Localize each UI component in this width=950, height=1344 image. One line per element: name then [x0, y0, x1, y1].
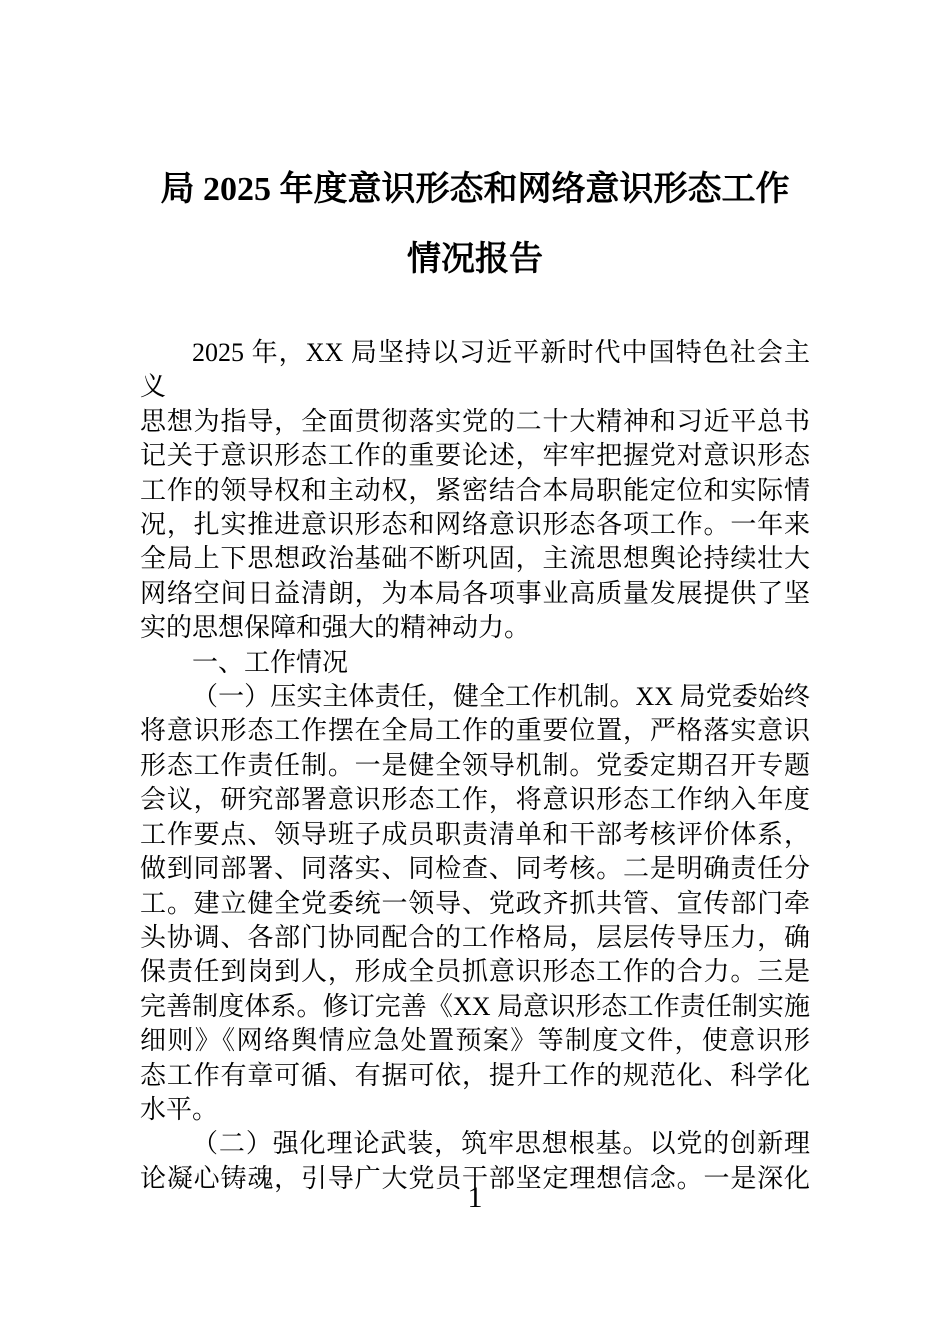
document-title: 局 2025 年度意识形态和网络意识形态工作 情况报告 [140, 155, 810, 295]
body-paragraph: 一、工作情况 [140, 646, 810, 680]
paragraph-line: 头协调、各部门协同配合的工作格局，层层传导压力，确 [140, 921, 810, 955]
paragraph-line: 做到同部署、同落实、同检查、同考核。二是明确责任分 [140, 852, 810, 886]
paragraph-line: 网络空间日益清朗，为本局各项事业高质量发展提供了坚 [140, 577, 810, 611]
paragraph-line: 细则》《网络舆情应急处置预案》等制度文件，使意识形 [140, 1024, 810, 1058]
paragraph-line: 完善制度体系。修订完善《XX 局意识形态工作责任制实施 [140, 990, 810, 1024]
paragraph-line: （一）压实主体责任，健全工作机制。XX 局党委始终 [140, 680, 810, 714]
document-title-line-2: 情况报告 [140, 225, 810, 295]
paragraph-line: （二）强化理论武装，筑牢思想根基。以党的创新理 [140, 1127, 810, 1161]
paragraph-line: 形态工作责任制。一是健全领导机制。党委定期召开专题 [140, 749, 810, 783]
document-title-line-1: 局 2025 年度意识形态和网络意识形态工作 [140, 155, 810, 225]
body-paragraph: （一）压实主体责任，健全工作机制。XX 局党委始终将意识形态工作摆在全局工作的重… [140, 680, 810, 1127]
paragraph-line: 水平。 [140, 1093, 810, 1127]
paragraph-line: 实的思想保障和强大的精神动力。 [140, 611, 810, 645]
paragraph-line: 2025 年，XX 局坚持以习近平新时代中国特色社会主义 [140, 336, 810, 405]
paragraph-line: 记关于意识形态工作的重要论述，牢牢把握党对意识形态 [140, 439, 810, 473]
page-number: 1 [140, 1181, 810, 1215]
paragraph-line: 会议，研究部署意识形态工作，将意识形态工作纳入年度 [140, 783, 810, 817]
paragraph-line: 保责任到岗到人，形成全员抓意识形态工作的合力。三是 [140, 955, 810, 989]
paragraph-line: 思想为指导，全面贯彻落实党的二十大精神和习近平总书 [140, 405, 810, 439]
paragraph-line: 工。建立健全党委统一领导、党政齐抓共管、宣传部门牵 [140, 887, 810, 921]
body-paragraph: 2025 年，XX 局坚持以习近平新时代中国特色社会主义思想为指导，全面贯彻落实… [140, 336, 810, 646]
paragraph-line: 态工作有章可循、有据可依，提升工作的规范化、科学化 [140, 1059, 810, 1093]
paragraph-line: 工作的领导权和主动权，紧密结合本局职能定位和实际情 [140, 474, 810, 508]
document-page: 局 2025 年度意识形态和网络意识形态工作 情况报告 2025 年，XX 局坚… [0, 0, 950, 1344]
paragraph-line: 一、工作情况 [140, 646, 810, 680]
paragraph-line: 全局上下思想政治基础不断巩固，主流思想舆论持续壮大 [140, 542, 810, 576]
paragraph-line: 将意识形态工作摆在全局工作的重要位置，严格落实意识 [140, 714, 810, 748]
paragraph-line: 工作要点、领导班子成员职责清单和干部考核评价体系， [140, 818, 810, 852]
document-body: 2025 年，XX 局坚持以习近平新时代中国特色社会主义思想为指导，全面贯彻落实… [140, 336, 810, 1196]
paragraph-line: 况，扎实推进意识形态和网络意识形态各项工作。一年来 [140, 508, 810, 542]
